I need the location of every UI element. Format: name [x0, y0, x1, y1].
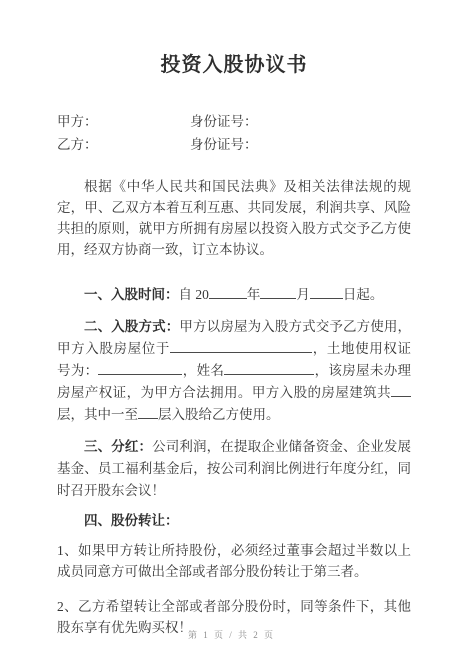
party-a-row: 甲方： 身份证号： [57, 110, 411, 133]
blank-owner-name [224, 362, 314, 375]
section-1-text: 自 20 [179, 287, 209, 302]
section-2-text: ，姓名 [182, 363, 224, 378]
document-title: 投资入股协议书 [57, 50, 411, 80]
section-1-text: 日起。 [343, 287, 384, 302]
section-3-dividend: 三、分红：公司利润，在提取企业储备资金、企业发展基金、员工福利基金后，按公司利润… [57, 436, 411, 502]
blank-house-location [170, 340, 312, 353]
party-b-label: 乙方： [57, 133, 190, 156]
section-1-text: 年 [247, 287, 261, 302]
section-1-time: 一、入股时间：自 20年月日起。 [57, 284, 411, 306]
blank-year [209, 286, 247, 299]
section-2-text: 层入股给乙方使用。 [158, 407, 280, 422]
section-1-text: 月 [296, 287, 310, 302]
section-2-method: 二、入股方式：甲方以房屋为入股方式交予乙方使用，甲方入股房屋位于，土地使用权证号… [57, 316, 411, 426]
preamble-paragraph: 根据《中华人民共和国民法典》及相关法律法规的规定，甲、乙双方本着互利互惠、共同发… [57, 176, 411, 260]
party-a-label: 甲方： [57, 110, 190, 133]
blank-floors-to [138, 406, 158, 419]
party-a-id-label: 身份证号： [190, 110, 411, 133]
section-1-heading: 一、入股时间： [84, 287, 179, 302]
section-2-text: 层，其中一至 [57, 407, 138, 422]
section-3-heading: 三、分红： [84, 439, 152, 454]
blank-total-floors [391, 384, 411, 397]
section-4-heading: 四、股份转让： [84, 513, 179, 528]
clauses-block: 1、如果甲方转让所持股份，必须经过董事会超过半数以上成员同意方可做出全部或者部分… [57, 540, 411, 638]
parties-block: 甲方： 身份证号： 乙方： 身份证号： [57, 110, 411, 156]
page-number-footer: 第 1 页 / 共 2 页 [0, 628, 463, 641]
section-2-heading: 二、入股方式： [84, 319, 179, 334]
blank-month [260, 286, 296, 299]
document-page: 投资入股协议书 甲方： 身份证号： 乙方： 身份证号： 根据《中华人民共和国民法… [0, 0, 463, 655]
clause-1: 1、如果甲方转让所持股份，必须经过董事会超过半数以上成员同意方可做出全部或者部分… [57, 540, 411, 582]
party-b-id-label: 身份证号： [190, 133, 411, 156]
section-4-share-transfer: 四、股份转让： [57, 510, 411, 532]
party-b-row: 乙方： 身份证号： [57, 133, 411, 156]
blank-day [310, 286, 343, 299]
blank-land-cert-number [98, 362, 182, 375]
